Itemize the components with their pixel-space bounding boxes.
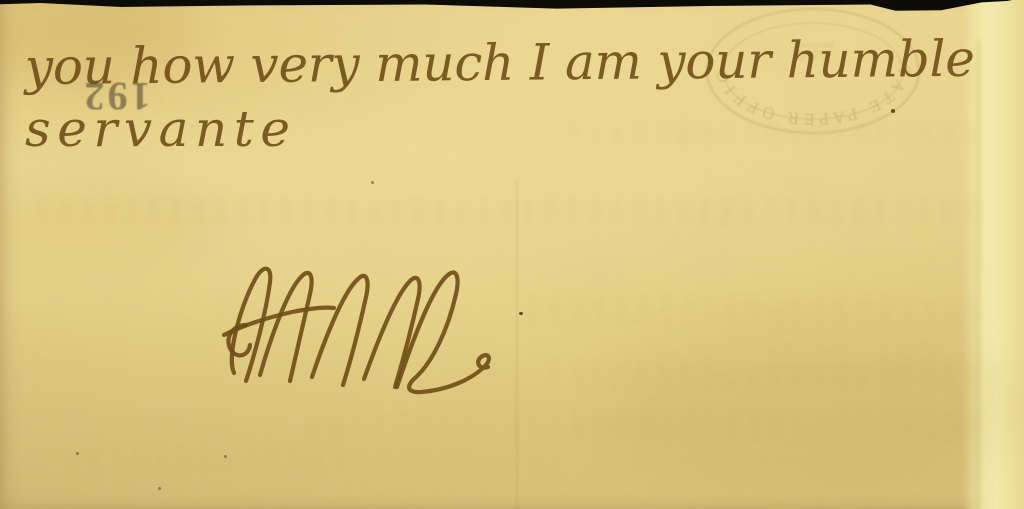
handwriting-line-1: you how very much I am your humble xyxy=(23,30,975,96)
signature-flourish: Anne xyxy=(224,269,489,392)
ink-speck xyxy=(371,181,374,184)
ink-speck xyxy=(158,487,161,490)
ink-speck xyxy=(519,312,523,315)
manuscript-page: STATE PAPER OFFICE 192 you how very much… xyxy=(0,0,1024,509)
ink-speck xyxy=(891,109,895,113)
handwriting-line-2: servante xyxy=(25,100,290,158)
ink-speck xyxy=(224,455,227,458)
handwriting-layer: you how very much I am your humble serva… xyxy=(0,0,1024,509)
ink-speck xyxy=(76,452,79,455)
signature-loop xyxy=(364,278,420,387)
signature-loop xyxy=(312,276,368,385)
